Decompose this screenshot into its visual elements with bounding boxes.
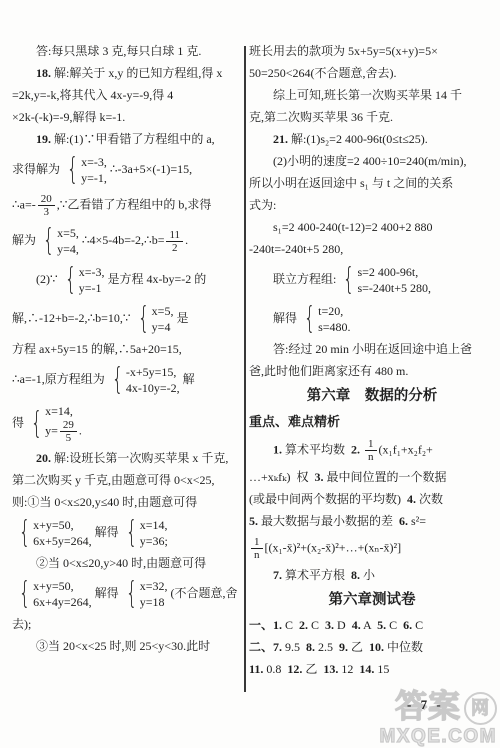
equation-row: x=5, — [152, 303, 174, 319]
text-run: . — [185, 233, 188, 247]
watermark-site-text: MXQE.COM — [379, 726, 497, 748]
text-line: 答:经过 20 min 小明在返回途中追上爸 — [249, 342, 495, 357]
equation-system: {x=5,y=4 — [134, 303, 174, 335]
equation-row: x=32, — [140, 578, 168, 594]
text-run: 3. — [325, 618, 334, 632]
text-line: ②当 0<x≤20,y>40 时,由题意可得 — [12, 556, 243, 571]
fraction-denominator: n — [365, 451, 377, 463]
text-line: 克,第二次购买苹果 36 千克. — [249, 110, 495, 125]
text-line: 21. 解:(1)s₂=2 400-96t(0≤t≤25). — [249, 132, 495, 147]
text-run: ,∵乙看错了方程组中的 b,求得 — [57, 197, 212, 211]
text-run: 答:每只黑球 3 克,每只白球 1 克. — [36, 44, 201, 58]
text-run: x=-3, — [81, 155, 107, 169]
text-run: 解:(1)∵甲看错了方程组中的 a, — [51, 132, 215, 146]
equation-row: x=-3, — [81, 154, 107, 170]
equation-row: x=5, — [57, 225, 79, 241]
equation-system: {-x+5y=15,4x-10y=-2, — [108, 364, 180, 396]
text-run: 综上可知,班长第一次购买苹果 14 千 — [273, 88, 462, 102]
equation-system: {x+y=50,6x+4y=264, — [15, 578, 92, 610]
text-run: 则:①当 0<x≤20,y≤40 时,由题意可得 — [12, 495, 197, 509]
equation-rows: x+y=50,6x+5y=264, — [33, 517, 92, 549]
text-line: {x+y=50,6x+5y=264,解得{x=14,y=36; — [12, 517, 243, 549]
text-run: 一、 — [249, 618, 273, 632]
equation-row: y=-1 — [79, 280, 105, 296]
text-run: y= — [45, 424, 58, 438]
text-run: x+y=50, — [33, 518, 74, 532]
text-run: 乙 — [302, 662, 323, 676]
text-run: 2. — [351, 442, 360, 456]
text-run: 20. — [36, 451, 51, 465]
text-run: 6x+5y=264, — [33, 534, 92, 548]
text-line: 得{x=14,y=295. — [12, 403, 243, 444]
text-run: 去); — [12, 617, 31, 631]
left-brace-glyph: { — [125, 518, 136, 548]
left-brace-glyph: { — [64, 265, 75, 295]
text-run: 18. — [36, 66, 51, 80]
text-run: 12. — [287, 662, 302, 676]
text-run: 式为: — [249, 198, 276, 212]
text-run: 班长用去的款项为 5x+5y=5(x+y)=5× — [249, 44, 438, 58]
text-run: 是方程 4x-by=-2 的 — [108, 272, 207, 286]
equation-rows: t=20,s=480. — [318, 303, 350, 335]
text-run: 5. — [377, 618, 386, 632]
text-run: 最大数据与最小数据的差 — [258, 514, 399, 528]
text-run: ×2k-(-k)=-9,解得 k=-1. — [12, 110, 125, 124]
equation-row: s=2 400-96t, — [357, 264, 431, 280]
fraction-denominator: 2 — [166, 242, 183, 254]
text-line: (2)小明的速度=2 400÷10=240(m/min), — [249, 154, 495, 169]
equation-system: {x=-3,y=-1 — [61, 264, 105, 296]
text-run: 13. — [323, 662, 338, 676]
text-line: 18. 解:解关于 x,y 的已知方程组,得 x — [12, 66, 243, 81]
fraction: 295 — [60, 419, 77, 444]
text-run: (x₁f₁+x₂f₂+ — [379, 442, 433, 456]
text-run: [(x₁-x̄)²+(x₂-x̄)²+…+(xₙ-x̄)²] — [265, 541, 402, 555]
text-run: 所以小明在返回途中 s₁ 与 t 之间的关系 — [249, 176, 453, 190]
text-run: 7. — [273, 568, 282, 582]
text-run: 6. — [403, 618, 412, 632]
equation-row: y=295. — [45, 419, 82, 444]
text-line: ∴a=-203,∵乙看错了方程组中的 b,求得 — [12, 193, 243, 218]
text-run: 50=250<264(不合题意,舍去). — [249, 66, 397, 80]
text-run: 解:设班长第一次购买苹果 x 千克, — [51, 451, 228, 465]
text-run: x=32, — [140, 579, 168, 593]
equation-row: x=-3, — [79, 264, 105, 280]
text-line: 20. 解:设班长第一次购买苹果 x 千克, — [12, 451, 243, 466]
text-line: -240t=-240t+5 280, — [249, 242, 495, 257]
text-line: 7. 算术平方根 8. 小 — [249, 568, 495, 583]
text-run: 6. — [399, 514, 408, 528]
equation-system: {x=14,y=295. — [27, 403, 82, 444]
text-line: (或最中间两个数据的平均数) 4. 次数 — [249, 492, 495, 507]
text-line: 50=250<264(不合题意,舍去). — [249, 66, 495, 81]
text-run: ∴-3a+5×(-1)=15, — [110, 162, 192, 176]
text-run: 10. — [369, 640, 384, 654]
text-run: 重点、难点精析 — [249, 414, 340, 429]
fraction-numerator: 1 — [251, 536, 263, 549]
fraction: 203 — [38, 193, 55, 218]
fraction: 1n — [251, 536, 263, 561]
equation-row: 6x+4y=264, — [33, 594, 92, 610]
section-heading: 第六章测试卷 — [249, 593, 495, 608]
text-run: ∴4×5-4b=-2,∴b= — [82, 233, 165, 247]
text-run — [360, 442, 363, 456]
left-brace-glyph: { — [43, 226, 54, 256]
text-line: {x+y=50,6x+4y=264,解得{x=32,y=18(不合题意,舍 — [12, 578, 243, 610]
left-brace-glyph: { — [343, 265, 354, 295]
text-run: 联立方程组: — [273, 272, 336, 286]
text-line: 二、7. 9.5 8. 2.5 9. 乙 10. 中位数 — [249, 640, 495, 655]
text-run: 1. — [273, 618, 282, 632]
text-run: s²= — [408, 514, 426, 528]
fraction-denominator: 5 — [60, 432, 77, 444]
text-run: 7. — [273, 640, 282, 654]
text-run: 小 — [360, 568, 375, 582]
equation-rows: x+y=50,6x+4y=264, — [33, 578, 92, 610]
text-run: C — [412, 618, 423, 632]
text-run: 第二次购买 y 千克,由题意可得 0<x<25, — [12, 473, 215, 487]
text-run: s=-240t+5 280, — [357, 281, 431, 295]
text-run: 9. — [339, 640, 348, 654]
text-run: 解,∴-12+b=-2,∴b=10,∵ — [12, 311, 131, 325]
text-run: 19. — [36, 132, 51, 146]
text-run: 解:解关于 x,y 的已知方程组,得 x — [51, 66, 222, 80]
text-run: s₁=2 400-240(t-12)=2 400+2 880 — [273, 220, 432, 234]
equation-row: y=4 — [152, 319, 174, 335]
text-run: 11. — [249, 662, 263, 676]
text-run: x=5, — [57, 226, 79, 240]
text-run: 算术平方根 — [282, 568, 351, 582]
text-run: t=20, — [318, 304, 343, 318]
text-run: 乙 — [348, 640, 369, 654]
text-run: 15 — [374, 662, 389, 676]
text-line: 综上可知,班长第一次购买苹果 14 千 — [249, 88, 495, 103]
text-line: 则:①当 0<x≤20,y≤40 时,由题意可得 — [12, 495, 243, 510]
fraction-numerator: 11 — [166, 229, 183, 242]
equation-row: 4x-10y=-2, — [126, 380, 180, 396]
text-run: y=-1 — [79, 281, 102, 295]
text-line: …+xₖfₖ) 权 3. 最中间位置的一个数据 — [249, 470, 495, 485]
left-brace-glyph: { — [31, 409, 42, 439]
equation-row: -x+5y=15, — [126, 364, 180, 380]
text-run: y=36; — [140, 534, 168, 548]
text-run: x=-3, — [79, 265, 105, 279]
text-run: D — [334, 618, 352, 632]
text-run: 求得解为 — [12, 162, 60, 176]
equation-rows: x=-3,y=-1, — [81, 154, 107, 186]
text-run: s=2 400-96t, — [357, 265, 418, 279]
text-run: 克,第二次购买苹果 36 千克. — [249, 110, 393, 124]
text-run: 4. — [352, 618, 361, 632]
equation-system: {x=32,y=18 — [122, 578, 168, 610]
left-brace-glyph: { — [125, 579, 136, 609]
equation-system: {x=14,y=36; — [122, 517, 168, 549]
equation-rows: s=2 400-96t,s=-240t+5 280, — [357, 264, 431, 296]
equation-rows: -x+5y=15,4x-10y=-2, — [126, 364, 180, 396]
scanned-answer-page: 答:每只黑球 3 克,每只白球 1 克.18. 解:解关于 x,y 的已知方程组… — [0, 0, 500, 748]
text-line: 解为{x=5,y=4,∴4×5-4b=-2,∴b=112. — [12, 225, 243, 257]
equation-rows: x=14,y=36; — [140, 517, 168, 549]
equation-row: y=36; — [140, 533, 168, 549]
text-line: 班长用去的款项为 5x+5y=5(x+y)=5× — [249, 44, 495, 59]
text-run: 21. — [273, 132, 288, 146]
text-run: 2.5 — [315, 640, 339, 654]
equation-rows: x=5,y=4 — [152, 303, 174, 335]
text-run: ②当 0<x≤20,y>40 时,由题意可得 — [36, 556, 206, 570]
text-line: 第二次购买 y 千克,由题意可得 0<x<25, — [12, 473, 243, 488]
text-run: 是 — [176, 311, 188, 325]
text-line: 联立方程组:{s=2 400-96t,s=-240t+5 280, — [249, 264, 495, 296]
text-run: C — [386, 618, 403, 632]
equation-row: x+y=50, — [33, 578, 92, 594]
text-line: ×2k-(-k)=-9,解得 k=-1. — [12, 110, 243, 125]
fraction-denominator: 3 — [38, 206, 55, 218]
fraction: 1n — [365, 438, 377, 463]
equation-row: x=14, — [140, 517, 168, 533]
text-run: x+y=50, — [33, 579, 74, 593]
text-line: 爸,此时他们距离家还有 480 m. — [249, 364, 495, 379]
text-run: 14. — [359, 662, 374, 676]
text-run: 8. — [306, 640, 315, 654]
left-brace-glyph: { — [67, 155, 78, 185]
equation-row: t=20, — [318, 303, 350, 319]
text-run: 二、 — [249, 640, 273, 654]
text-run: 得 — [12, 416, 24, 430]
text-run: 答:经过 20 min 小明在返回途中追上爸 — [273, 342, 472, 356]
left-brace-glyph: { — [137, 304, 148, 334]
text-run: x=14, — [140, 518, 168, 532]
text-line: 方程 ax+5y=15 的解,∴5a+20=15, — [12, 342, 243, 357]
equation-row: s=480. — [318, 319, 350, 335]
text-run: 解得 — [95, 525, 119, 539]
text-line: 1n[(x₁-x̄)²+(x₂-x̄)²+…+(xₙ-x̄)²] — [249, 536, 495, 561]
text-run: x=5, — [152, 304, 174, 318]
text-run: (2)∵ — [36, 272, 58, 286]
fraction: 112 — [166, 229, 183, 254]
watermark-logo-badge: 网 — [464, 692, 497, 725]
equation-rows: x=32,y=18 — [140, 578, 168, 610]
text-run: (不合题意,舍 — [171, 586, 238, 600]
left-brace-glyph: { — [304, 304, 315, 334]
text-run: 2. — [299, 618, 308, 632]
fraction-denominator: n — [251, 549, 263, 561]
text-run: 方程 ax+5y=15 的解,∴5a+20=15, — [12, 342, 182, 356]
text-line: 式为: — [249, 198, 495, 213]
text-run: ③当 20<x<25 时,则 25<y<30.此时 — [36, 639, 210, 653]
text-line: 所以小明在返回途中 s₁ 与 t 之间的关系 — [249, 176, 495, 191]
text-run: (或最中间两个数据的平均数) — [249, 492, 407, 506]
text-line: 11. 0.8 12. 乙 13. 12 14. 15 — [249, 662, 495, 677]
text-line: 1. 算术平均数 2. 1n(x₁f₁+x₂f₂+ — [249, 438, 495, 463]
sub-heading: 重点、难点精析 — [249, 414, 495, 429]
equation-system: {x=-3,y=-1, — [63, 154, 107, 186]
equation-row: s=-240t+5 280, — [357, 280, 431, 296]
text-run: s=480. — [318, 320, 350, 334]
text-line: 解,∴-12+b=-2,∴b=10,∵{x=5,y=4是 — [12, 303, 243, 335]
text-run: 6x+4y=264, — [33, 595, 92, 609]
text-run: (2)小明的速度=2 400÷10=240(m/min), — [273, 154, 466, 168]
text-run: y=4, — [57, 242, 79, 256]
text-run: 3. — [315, 470, 324, 484]
equation-system: {x+y=50,6x+5y=264, — [15, 517, 92, 549]
text-line: ∴a=-1,原方程组为{-x+5y=15,4x-10y=-2,解 — [12, 364, 243, 396]
text-run: 12 — [338, 662, 359, 676]
text-run: 中位数 — [384, 640, 423, 654]
column-divider — [244, 46, 246, 692]
text-run: x=14, — [45, 404, 73, 418]
text-run: -x+5y=15, — [126, 365, 177, 379]
text-line: 19. 解:(1)∵甲看错了方程组中的 a, — [12, 132, 243, 147]
text-line: 去); — [12, 617, 243, 632]
text-line: (2)∵{x=-3,y=-1是方程 4x-by=-2 的 — [12, 264, 243, 296]
text-run: 4x-10y=-2, — [126, 381, 180, 395]
text-line: =2k,y=-k,将其代入 4x-y=-9,得 4 — [12, 88, 243, 103]
text-line: s₁=2 400-240(t-12)=2 400+2 880 — [249, 220, 495, 235]
left-brace-glyph: { — [19, 579, 30, 609]
text-run: . — [79, 424, 82, 438]
text-line: 答:每只黑球 3 克,每只白球 1 克. — [12, 44, 243, 59]
text-run: 最中间位置的一个数据 — [324, 470, 447, 484]
equation-row: x=14, — [45, 403, 82, 419]
text-run: 第六章测试卷 — [329, 592, 416, 608]
text-run: C — [282, 618, 299, 632]
equation-row: y=4, — [57, 241, 79, 257]
page-number: - 7 - — [407, 697, 444, 713]
text-line: 5. 最大数据与最小数据的差 6. s²= — [249, 514, 495, 529]
text-run: …+xₖfₖ) 权 — [249, 470, 315, 484]
text-run: 5. — [249, 514, 258, 528]
fraction-numerator: 29 — [60, 419, 77, 432]
text-run: 1. — [273, 442, 282, 456]
text-run: 算术平均数 — [282, 442, 351, 456]
text-run: 次数 — [416, 492, 443, 506]
text-run: 解得 — [95, 586, 119, 600]
equation-row: 6x+5y=264, — [33, 533, 92, 549]
text-run: 8. — [351, 568, 360, 582]
fraction-numerator: 1 — [365, 438, 377, 451]
text-run: C — [308, 618, 325, 632]
text-run: 4. — [407, 492, 416, 506]
left-brace-glyph: { — [112, 365, 123, 395]
equation-row: x+y=50, — [33, 517, 92, 533]
text-run: 解 — [183, 372, 195, 386]
text-run: =2k,y=-k,将其代入 4x-y=-9,得 4 — [12, 88, 173, 102]
left-column: 答:每只黑球 3 克,每只白球 1 克.18. 解:解关于 x,y 的已知方程组… — [12, 44, 243, 661]
text-run: 9.5 — [282, 640, 306, 654]
fraction-numerator: 20 — [38, 193, 55, 206]
text-run: -240t=-240t+5 280, — [249, 242, 343, 256]
equation-rows: x=14,y=295. — [45, 403, 82, 444]
left-brace-glyph: { — [19, 518, 30, 548]
equation-rows: x=-3,y=-1 — [79, 264, 105, 296]
equation-rows: x=5,y=4, — [57, 225, 79, 257]
text-run: y=18 — [140, 595, 165, 609]
text-run: ∴a=- — [12, 197, 36, 211]
text-line: 求得解为{x=-3,y=-1,∴-3a+5×(-1)=15, — [12, 154, 243, 186]
text-line: 一、1. C 2. C 3. D 4. A 5. C 6. C — [249, 618, 495, 633]
text-run: y=4 — [152, 320, 171, 334]
text-run: 解得 — [273, 311, 297, 325]
equation-row: y=18 — [140, 594, 168, 610]
equation-system: {s=2 400-96t,s=-240t+5 280, — [339, 264, 431, 296]
section-heading: 第六章 数据的分析 — [249, 389, 495, 404]
text-run: 解:(1)s₂=2 400-96t(0≤t≤25). — [288, 132, 428, 146]
text-run: 解为 — [12, 233, 36, 247]
text-run: 爸,此时他们距离家还有 480 m. — [249, 364, 408, 378]
text-run: 第六章 数据的分析 — [307, 388, 438, 404]
text-run: 0.8 — [263, 662, 287, 676]
equation-system: {t=20,s=480. — [300, 303, 351, 335]
right-column: 班长用去的款项为 5x+5y=5(x+y)=5×50=250<264(不合题意,… — [249, 44, 495, 684]
text-run: A — [361, 618, 377, 632]
equation-system: {x=5,y=4, — [39, 225, 79, 257]
equation-row: y=-1, — [81, 170, 107, 186]
text-run: ∴a=-1,原方程组为 — [12, 372, 105, 386]
text-run: y=-1, — [81, 171, 107, 185]
text-line: 解得{t=20,s=480. — [249, 303, 495, 335]
text-line: ③当 20<x<25 时,则 25<y<30.此时 — [12, 639, 243, 654]
